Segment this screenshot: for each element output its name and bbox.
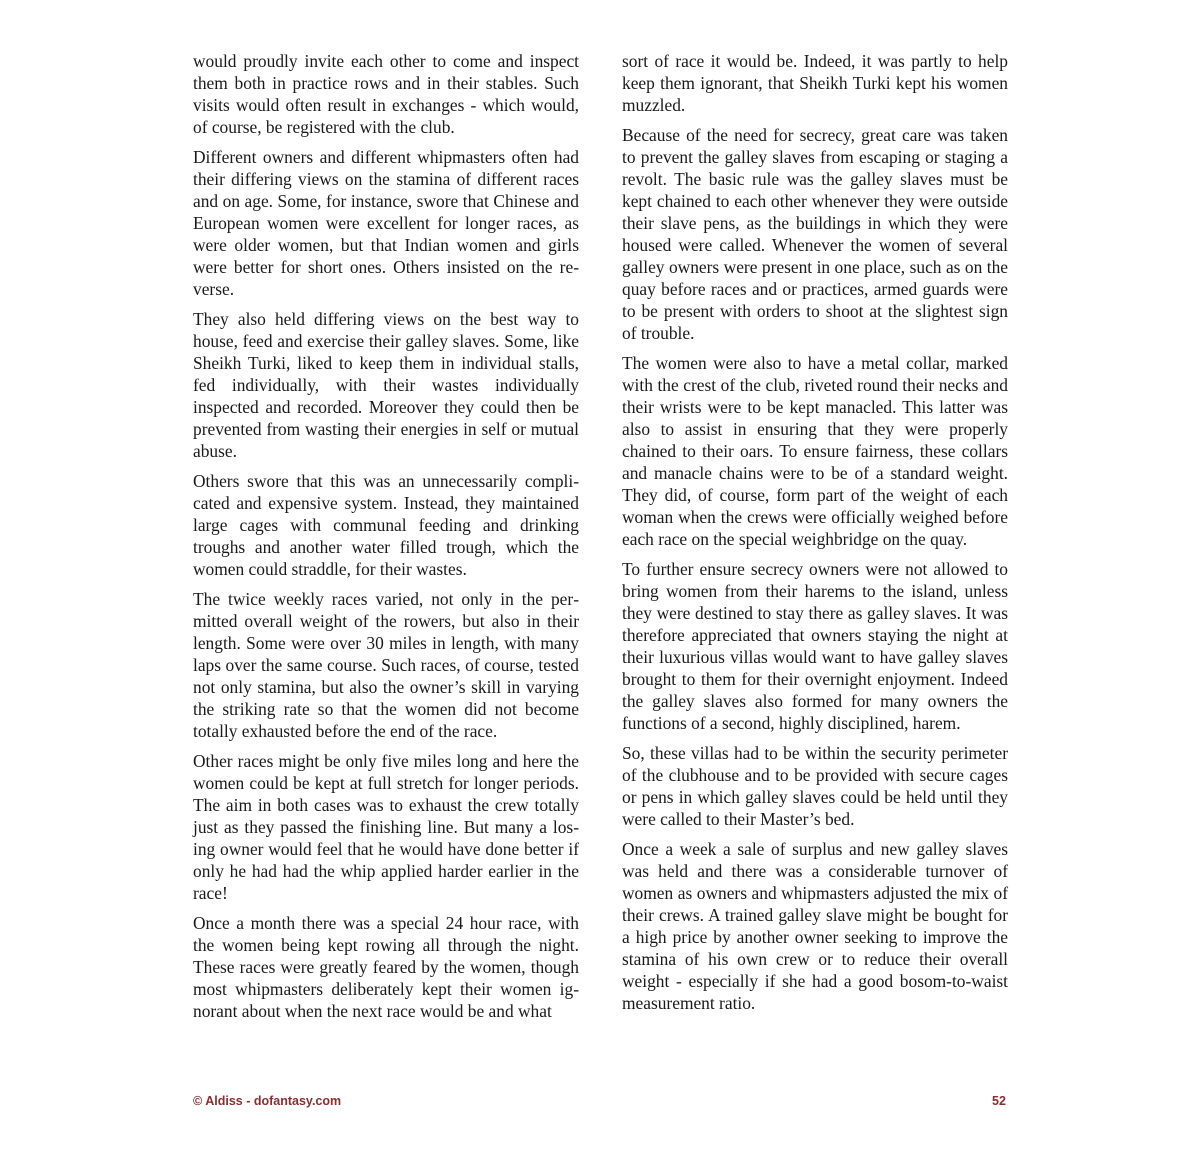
right-column: sort of race it would be. Indeed, it was… [622, 50, 1008, 1022]
paragraph: They also held differing views on the be… [193, 308, 579, 462]
paragraph: Because of the need for secrecy, great c… [622, 124, 1008, 344]
paragraph: Once a week a sale of surplus and new ga… [622, 838, 1008, 1014]
paragraph: So, these villas had to be within the se… [622, 742, 1008, 830]
paragraph: Others swore that this was an unnecessar… [193, 470, 579, 580]
paragraph: sort of race it would be. Indeed, it was… [622, 50, 1008, 116]
paragraph: The women were also to have a metal coll… [622, 352, 1008, 550]
paragraph: would proudly invite each other to come … [193, 50, 579, 138]
paragraph: To further ensure secrecy owners were no… [622, 558, 1008, 734]
paragraph: Other races might be only five miles lon… [193, 750, 579, 904]
paragraph: Different owners and different whipmaste… [193, 146, 579, 300]
paragraph: Once a month there was a special 24 hour… [193, 912, 579, 1022]
left-column: would proudly invite each other to come … [193, 50, 579, 1030]
page-number: 52 [992, 1094, 1006, 1108]
paragraph: The twice weekly races varied, not only … [193, 588, 579, 742]
document-page: would proudly invite each other to come … [0, 0, 1200, 1158]
footer-copyright: © Aldiss - dofantasy.com [193, 1094, 341, 1108]
